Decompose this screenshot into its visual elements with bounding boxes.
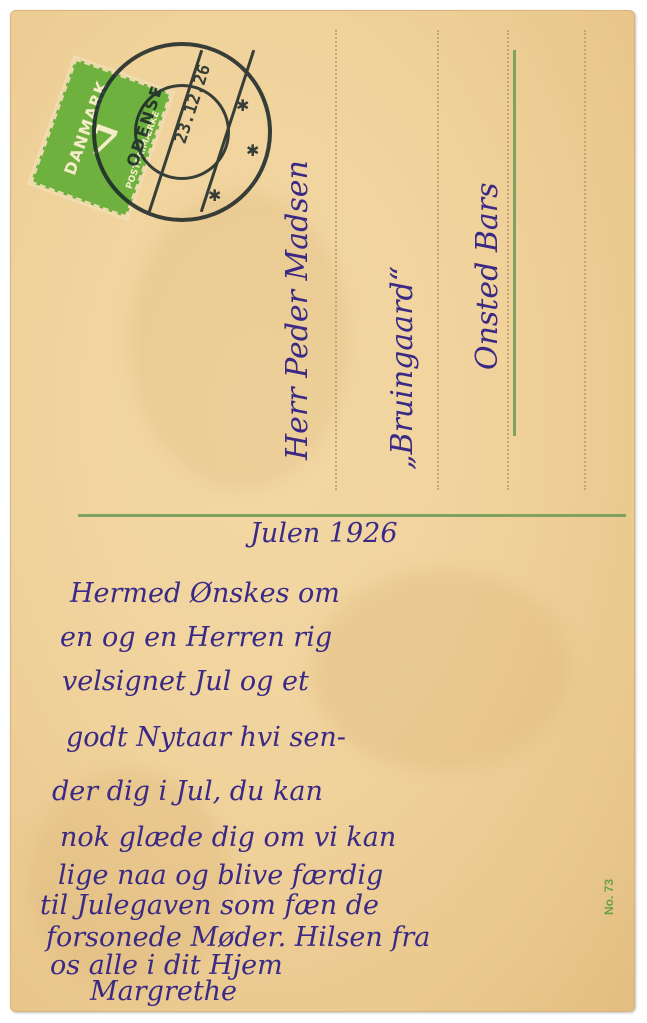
message-line: der dig i Jul, du kan [52, 776, 323, 807]
message-line: velsignet Jul og et [62, 666, 309, 697]
star-icon: ✱ [208, 186, 221, 206]
message-signature: Margrethe [90, 976, 237, 1007]
message-line: nok glæde dig om vi kan [60, 822, 396, 853]
message-line: lige naa og blive færdig [58, 860, 383, 891]
message-line: forsonede Møder. Hilsen fra [46, 922, 430, 953]
address-dotted-rule [437, 30, 439, 490]
catalog-number: No. 73 [602, 879, 616, 915]
message-line: til Julegaven som fæn de [40, 890, 379, 921]
paper-stain [310, 570, 570, 770]
message-line: godt Nytaar hvi sen- [66, 722, 346, 753]
message-divider-rule [78, 514, 626, 517]
star-icon: ✱ [236, 96, 249, 116]
message-line: Hermed Ønskes om [70, 578, 340, 609]
address-dotted-rule [335, 30, 337, 490]
address-line-name: Herr Peder Madsen [280, 160, 315, 460]
address-line-town: Onsted Bars [470, 182, 505, 370]
address-divider-rule [513, 50, 516, 436]
message-line: en og en Herren rig [60, 622, 332, 653]
address-line-farm: „Bruingaard“ [385, 266, 420, 470]
address-dotted-rule [584, 30, 586, 490]
star-icon: ✱ [246, 141, 259, 161]
paper-stain [130, 190, 350, 490]
postmark: ODENSE 23.12.26 ✱ ✱ ✱ [92, 42, 272, 222]
postcard: DANMARK 7 POSTFRIMÆRKE ODENSE 23.12.26 ✱… [10, 10, 635, 1012]
address-dotted-rule [507, 30, 509, 490]
message-date: Julen 1926 [250, 518, 398, 549]
